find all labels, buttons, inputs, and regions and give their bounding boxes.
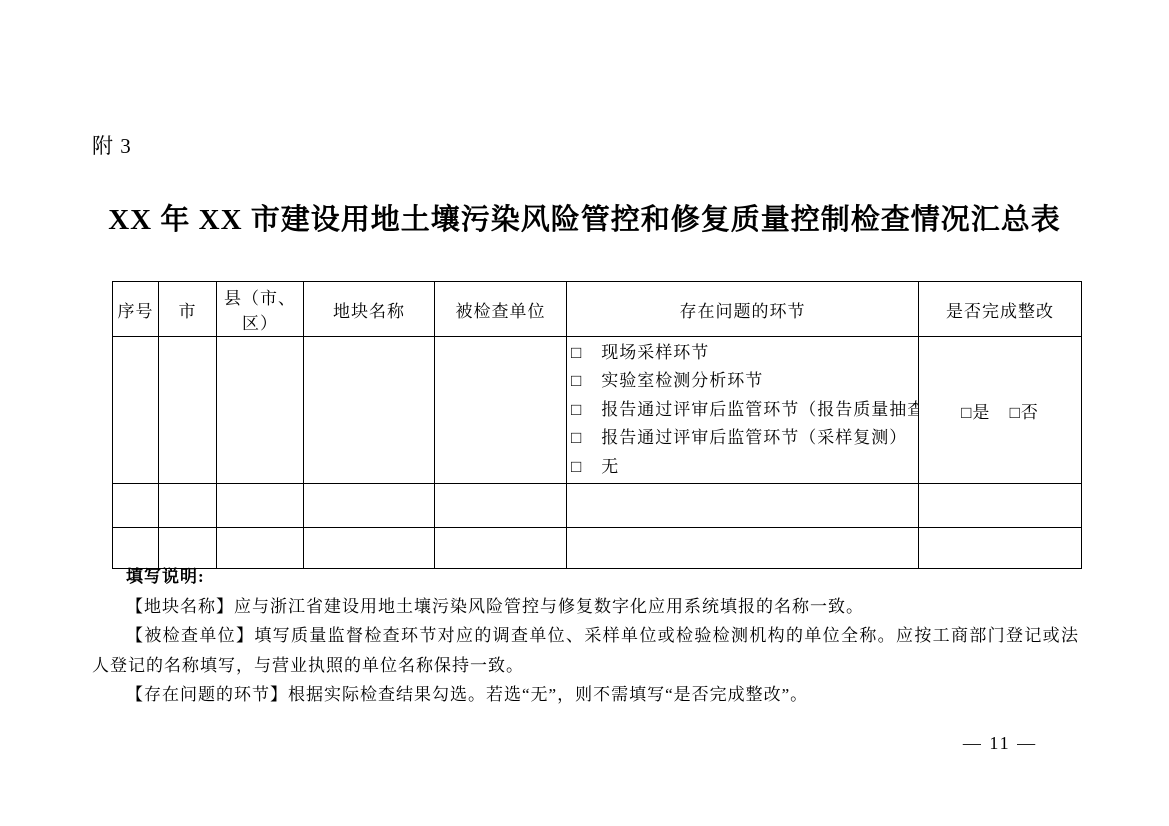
empty-cell <box>435 337 567 484</box>
checkbox-icon: □ <box>571 453 582 481</box>
page-title: XX 年 XX 市建设用地土壤污染风险管控和修复质量控制检查情况汇总表 <box>0 197 1169 238</box>
empty-cell <box>159 337 217 484</box>
empty-cell <box>217 484 304 528</box>
empty-cell <box>113 484 159 528</box>
problem-option: □ 现场采样环节 <box>571 339 914 367</box>
summary-table: 序号 市 县（市、区） 地块名称 被检查单位 存在问题的环节 是否完成整改 □ <box>112 281 1082 569</box>
rectified-no-option: □否 <box>1010 403 1039 422</box>
table-row <box>113 484 1082 528</box>
problem-option: □ 实验室检测分析环节 <box>571 367 914 395</box>
note-item-inspected-unit: 【被检查单位】填写质量监督检查环节对应的调查单位、采样单位或检验检测机构的单位全… <box>92 621 1079 680</box>
fill-in-instructions: 填写说明: 【地块名称】应与浙江省建设用地土壤污染风险管控与修复数字化应用系统填… <box>92 562 1079 710</box>
empty-cell <box>304 337 435 484</box>
checkbox-icon: □ <box>571 424 582 452</box>
problem-option: □ 报告通过评审后监管环节（报告质量抽查） <box>571 396 914 424</box>
checkbox-icon: □ <box>571 367 582 395</box>
empty-cell <box>217 337 304 484</box>
col-header-serial-number: 序号 <box>113 282 159 337</box>
rectified-yes-option: □是 <box>961 403 990 422</box>
problem-options-cell: □ 现场采样环节 □ 实验室检测分析环节 □ 报告通过评审后监管环节（报告质量抽… <box>567 337 919 484</box>
problem-option-label: 实验室检测分析环节 <box>601 367 763 395</box>
problem-option-label: 现场采样环节 <box>601 339 709 367</box>
empty-cell <box>919 484 1082 528</box>
problem-option: □ 报告通过评审后监管环节（采样复测） <box>571 424 914 452</box>
notes-heading: 填写说明: <box>92 562 1079 592</box>
table-header-row: 序号 市 县（市、区） 地块名称 被检查单位 存在问题的环节 是否完成整改 <box>113 282 1082 337</box>
problem-option: □ 无 <box>571 453 914 481</box>
checkbox-icon: □ <box>571 396 582 424</box>
problem-option-label: 报告通过评审后监管环节（采样复测） <box>601 424 907 452</box>
col-header-plot-name: 地块名称 <box>304 282 435 337</box>
problem-option-label: 无 <box>601 453 619 481</box>
empty-cell <box>435 484 567 528</box>
col-header-county: 县（市、区） <box>217 282 304 337</box>
empty-cell <box>159 484 217 528</box>
checkbox-icon: □ <box>571 339 582 367</box>
page-number: — 11 — <box>940 733 1060 754</box>
rectification-cell: □是 □否 <box>919 337 1082 484</box>
table-row: □ 现场采样环节 □ 实验室检测分析环节 □ 报告通过评审后监管环节（报告质量抽… <box>113 337 1082 484</box>
note-item-problem-stage: 【存在问题的环节】根据实际检查结果勾选。若选“无”，则不需填写“是否完成整改”。 <box>92 680 1079 710</box>
note-item-plot-name: 【地块名称】应与浙江省建设用地土壤污染风险管控与修复数字化应用系统填报的名称一致… <box>92 592 1079 622</box>
col-header-rectification-done: 是否完成整改 <box>919 282 1082 337</box>
document-page: 附 3 XX 年 XX 市建设用地土壤污染风险管控和修复质量控制检查情况汇总表 … <box>0 0 1169 826</box>
col-header-city: 市 <box>159 282 217 337</box>
col-header-problem-stage: 存在问题的环节 <box>567 282 919 337</box>
empty-cell <box>304 484 435 528</box>
empty-cell <box>567 484 919 528</box>
problem-option-label: 报告通过评审后监管环节（报告质量抽查） <box>601 396 918 424</box>
empty-cell <box>113 337 159 484</box>
attachment-label: 附 3 <box>92 130 132 160</box>
col-header-inspected-unit: 被检查单位 <box>435 282 567 337</box>
